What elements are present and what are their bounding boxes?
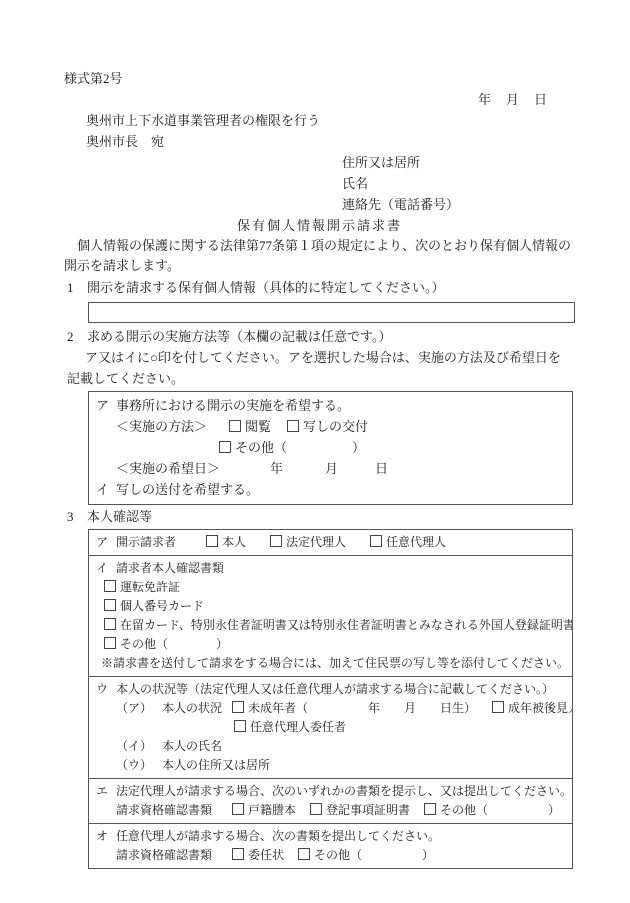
item-a-key: （ア） xyxy=(116,699,152,718)
legal-doc-other-label: その他（ ） xyxy=(440,803,560,817)
row-e-key: オ xyxy=(96,827,116,846)
doc-family-register-label: 戸籍謄本 xyxy=(248,803,296,817)
section2-number: 2 xyxy=(67,326,87,347)
checkbox-adult-ward-icon[interactable] xyxy=(492,701,504,713)
section1-number: 1 xyxy=(67,277,87,298)
section2-label: 求める開示の実施方法等（本欄の記載は任意です。） xyxy=(87,329,391,344)
checkbox-method-other-icon[interactable] xyxy=(219,441,231,453)
voluntary-rep-docs-line: 請求資格確認書類委任状その他（ ） xyxy=(89,846,572,865)
status-voluntary-delegator-label: 任意代理人委任者 xyxy=(250,720,346,734)
option-b-mail-copy: イ写しの送付を希望する。 xyxy=(89,479,572,500)
method-label: ＜実施の方法＞ xyxy=(116,416,207,437)
form-number: 様式第2号 xyxy=(64,68,575,89)
requester-legal-rep-label: 法定代理人 xyxy=(286,535,346,549)
status-minor-label: 未成年者（ 年 月 日生） xyxy=(248,701,476,715)
doc-family-register: 戸籍謄本 xyxy=(232,801,296,820)
item-b-key: （イ） xyxy=(116,737,152,756)
legal-docs-label: 請求資格確認書類 xyxy=(116,803,212,817)
principal-address-line: （ウ）本人の住所又は居所 xyxy=(89,756,572,775)
principal-name-line: （イ）本人の氏名 xyxy=(89,737,572,756)
legal-doc-other: その他（ ） xyxy=(424,801,560,820)
requester-voluntary-rep-label: 任意代理人 xyxy=(386,535,446,549)
row-a-label: 開示請求者 xyxy=(116,535,176,549)
method-option-copy: 写しの交付 xyxy=(287,416,368,437)
doc-mynumber-card: 個人番号カード xyxy=(89,597,572,616)
addressee-authority: 奥州市上下水道事業管理者の権限を行う xyxy=(86,110,575,131)
method-option-view-label: 閲覧 xyxy=(245,419,271,434)
status-adult-ward: 成年被後見人 xyxy=(492,699,572,718)
section1-label: 開示を請求する保有個人情報（具体的に特定してください。） xyxy=(87,280,445,295)
checkbox-copy-icon[interactable] xyxy=(287,420,299,432)
date-line: 年 月 日 xyxy=(64,89,575,110)
method-option-other-label: その他（ ） xyxy=(235,440,365,455)
row-legal-rep-documents: エ法定代理人が請求する場合、次のいずれかの書類を提示し、又は提出してください。 … xyxy=(89,778,572,823)
section3-box: ア開示請求者本人法定代理人任意代理人 イ請求者本人確認書類 運転免許証 個人番号… xyxy=(88,529,573,869)
request-form-page: 様式第2号 年 月 日 奥州市上下水道事業管理者の権限を行う 奥州市長 宛 住所… xyxy=(0,0,630,903)
method-option-other: その他（ ） xyxy=(89,437,572,458)
checkbox-voluntary-rep-icon[interactable] xyxy=(370,535,382,547)
requester-self-label: 本人 xyxy=(222,535,246,549)
status-minor: 未成年者（ 年 月 日生） xyxy=(232,699,476,718)
doc-drivers-license: 運転免許証 xyxy=(89,578,572,597)
voluntary-doc-other: その他（ ） xyxy=(298,846,434,865)
checkbox-power-of-attorney-icon[interactable] xyxy=(232,848,244,860)
month-unit: 月 xyxy=(325,458,338,479)
addressee-mayor: 奥州市長 宛 xyxy=(86,131,575,152)
checkbox-residence-card-icon[interactable] xyxy=(104,618,116,630)
row-disclosure-requester: ア開示請求者本人法定代理人任意代理人 xyxy=(89,530,572,555)
doc-registration-certificate-label: 登記事項証明書 xyxy=(326,803,410,817)
doc-mynumber-card-label: 個人番号カード xyxy=(120,599,204,613)
row-b-key: イ xyxy=(96,559,116,578)
status-voluntary-delegator: 任意代理人委任者 xyxy=(89,718,572,737)
checkbox-doc-other-icon[interactable] xyxy=(104,637,116,649)
desired-date-label: ＜実施の希望日＞ xyxy=(116,461,220,476)
checkbox-legal-rep-icon[interactable] xyxy=(270,535,282,547)
doc-residence-card-label: 在留カード、特別永住者証明書又は特別永住者証明書とみなされる外国人登録証明書 xyxy=(120,618,572,632)
name-label: 氏名 xyxy=(342,173,575,194)
item-a-label: 本人の状況 xyxy=(162,699,222,718)
item-c-label: 本人の住所又は居所 xyxy=(162,758,270,772)
desired-date-line: ＜実施の希望日＞年月日 xyxy=(89,458,572,479)
doc-other: その他（ ） xyxy=(89,635,572,654)
contact-label: 連絡先（電話番号） xyxy=(342,194,575,215)
requester-legal-rep: 法定代理人 xyxy=(270,533,346,552)
doc-power-of-attorney: 委任状 xyxy=(232,846,284,865)
checkbox-minor-icon[interactable] xyxy=(232,701,244,713)
method-option-view: 閲覧 xyxy=(229,416,271,437)
document-title: 保有個人情報開示請求書 xyxy=(64,215,575,236)
doc-registration-certificate: 登記事項証明書 xyxy=(310,801,410,820)
section3-label: 本人確認等 xyxy=(87,509,152,524)
checkbox-view-icon[interactable] xyxy=(229,420,241,432)
doc-drivers-license-label: 運転免許証 xyxy=(120,580,180,594)
method-line: ＜実施の方法＞閲覧写しの交付 xyxy=(89,416,572,437)
row-e-label: 任意代理人が請求する場合、次の書類を提出してください。 xyxy=(116,829,440,843)
intro-paragraph: 個人情報の保護に関する法律第77条第１項の規定により、次のとおり保有個人情報の開… xyxy=(64,236,575,276)
requested-info-input[interactable] xyxy=(88,302,575,323)
row-d-key: エ xyxy=(96,782,116,801)
checkbox-drivers-license-icon[interactable] xyxy=(104,580,116,592)
section3-number: 3 xyxy=(67,506,87,527)
option-a-label: 事務所における開示の実施を希望する。 xyxy=(116,398,350,413)
applicant-block: 住所又は居所 氏名 連絡先（電話番号） xyxy=(342,152,575,215)
section2-box: ア事務所における開示の実施を希望する。 ＜実施の方法＞閲覧写しの交付 その他（ … xyxy=(88,391,573,505)
checkbox-family-register-icon[interactable] xyxy=(232,803,244,815)
section2-heading: 2求める開示の実施方法等（本欄の記載は任意です。） xyxy=(67,326,575,347)
day-unit: 日 xyxy=(375,458,388,479)
row-c-key: ウ xyxy=(96,680,116,699)
row-d-label: 法定代理人が請求する場合、次のいずれかの書類を提示し、又は提出してください。 xyxy=(116,784,572,798)
section2-note-line2: 記載してください。 xyxy=(67,368,575,389)
option-b-label: 写しの送付を希望する。 xyxy=(116,482,259,497)
item-c-key: （ウ） xyxy=(116,756,152,775)
row-voluntary-rep-documents: オ任意代理人が請求する場合、次の書類を提出してください。 請求資格確認書類委任状… xyxy=(89,823,572,868)
doc-other-label: その他（ ） xyxy=(120,637,228,651)
section2-note-line1: ア又はイに○印を付してください。アを選択した場合は、実施の方法及び希望日を xyxy=(85,347,575,368)
section1-heading: 1開示を請求する保有個人情報（具体的に特定してください。） xyxy=(67,277,575,298)
legal-rep-docs-line: 請求資格確認書類戸籍謄本登記事項証明書その他（ ） xyxy=(89,801,572,820)
requester-voluntary-rep: 任意代理人 xyxy=(370,533,446,552)
method-option-copy-label: 写しの交付 xyxy=(303,419,368,434)
row-b-label: 請求者本人確認書類 xyxy=(116,561,224,575)
row-a-key: ア xyxy=(96,533,116,552)
option-b-key: イ xyxy=(96,479,116,500)
row-identity-documents: イ請求者本人確認書類 運転免許証 個人番号カード 在留カード、特別永住者証明書又… xyxy=(89,555,572,676)
checkbox-self-icon[interactable] xyxy=(206,535,218,547)
option-a-office-disclosure: ア事務所における開示の実施を希望する。 xyxy=(89,395,572,416)
doc-residence-card: 在留カード、特別永住者証明書又は特別永住者証明書とみなされる外国人登録証明書 xyxy=(89,616,572,635)
checkbox-voluntary-doc-other-icon[interactable] xyxy=(298,848,310,860)
address-label: 住所又は居所 xyxy=(342,152,575,173)
mailing-note: ※請求書を送付して請求をする場合には、加えて住民票の写し等を添付してください。 xyxy=(89,654,572,673)
item-b-label: 本人の氏名 xyxy=(162,739,222,753)
voluntary-doc-other-label: その他（ ） xyxy=(314,848,434,862)
checkbox-legal-doc-other-icon[interactable] xyxy=(424,803,436,815)
status-adult-ward-label: 成年被後見人 xyxy=(508,701,572,715)
requester-self: 本人 xyxy=(206,533,246,552)
option-a-key: ア xyxy=(96,395,116,416)
checkbox-registration-certificate-icon[interactable] xyxy=(310,803,322,815)
checkbox-mynumber-card-icon[interactable] xyxy=(104,599,116,611)
voluntary-docs-label: 請求資格確認書類 xyxy=(116,848,212,862)
checkbox-voluntary-delegator-icon[interactable] xyxy=(234,720,246,732)
doc-power-of-attorney-label: 委任状 xyxy=(248,848,284,862)
row-principal-status: ウ本人の状況等（法定代理人又は任意代理人が請求する場合に記載してください。） （… xyxy=(89,676,572,778)
year-unit: 年 xyxy=(270,458,283,479)
row-c-label: 本人の状況等（法定代理人又は任意代理人が請求する場合に記載してください。） xyxy=(116,682,554,696)
section3-heading: 3本人確認等 xyxy=(67,506,575,527)
principal-status-line: （ア）本人の状況未成年者（ 年 月 日生）成年被後見人 xyxy=(89,699,572,718)
